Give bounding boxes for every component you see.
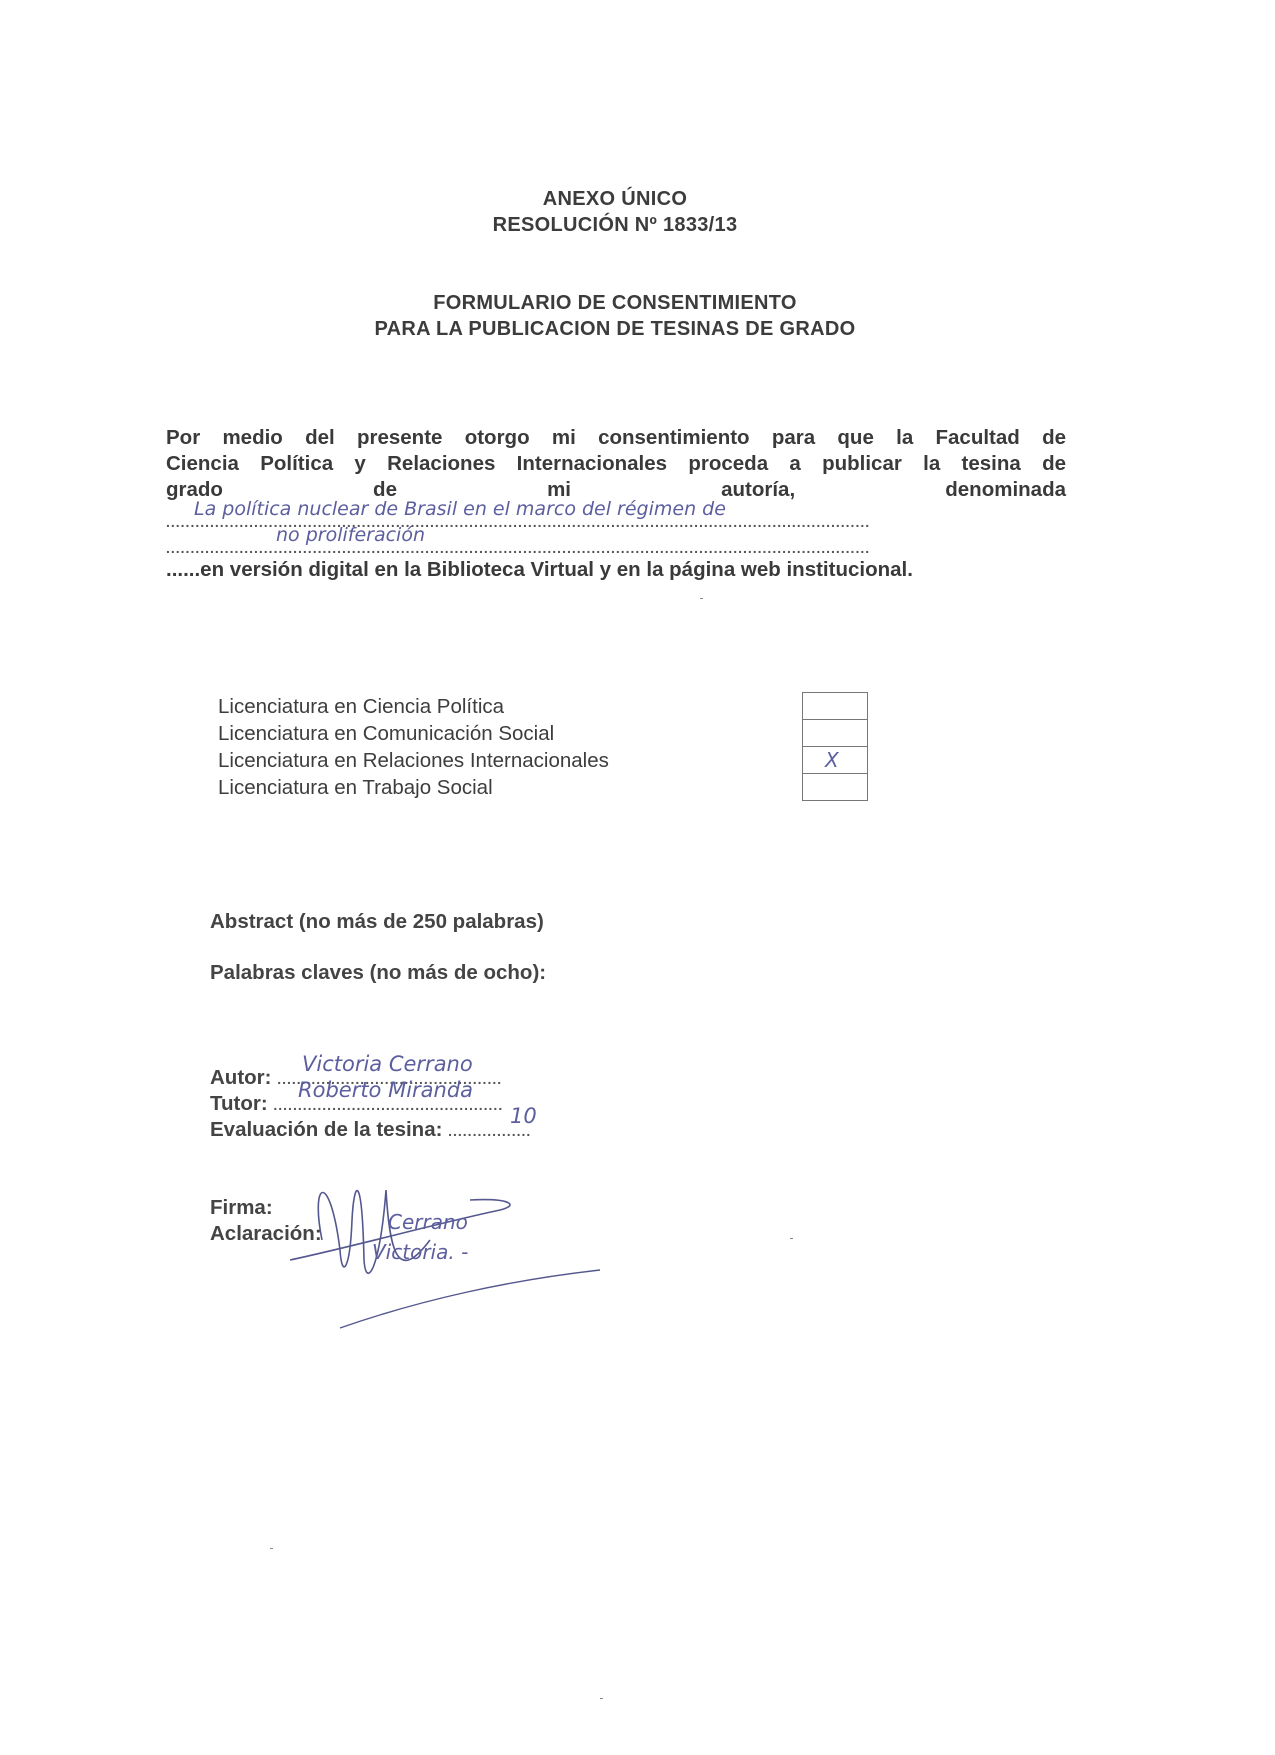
- checkbox-ciencia-politica[interactable]: [803, 693, 867, 720]
- checkbox-trabajo-social[interactable]: [803, 774, 867, 800]
- career-checkbox-column: X: [802, 692, 868, 801]
- consent-closing: ......en versión digital en la Bibliotec…: [166, 558, 1066, 584]
- clarification-value-1: Cerrano: [388, 1210, 468, 1234]
- scan-speck: [600, 1698, 603, 1699]
- annex-title: ANEXO ÚNICO: [0, 188, 1230, 211]
- checkbox-comunicacion-social[interactable]: [803, 720, 867, 747]
- author-value: Victoria Cerrano: [302, 1052, 473, 1076]
- scan-speck: [700, 598, 703, 599]
- scan-speck: [790, 1238, 793, 1239]
- author-label: Autor:: [210, 1066, 271, 1089]
- scan-speck: [270, 1548, 273, 1549]
- consent-text-1: Por medio del presente otorgo mi consent…: [166, 426, 1066, 452]
- word: autoría,: [721, 478, 795, 502]
- tutor-label: Tutor:: [210, 1092, 268, 1115]
- career-ciencia-politica: Licenciatura en Ciencia Política: [218, 693, 609, 720]
- consent-line-1: Por medio del presente otorgo mi consent…: [166, 426, 1066, 452]
- career-comunicacion-social: Licenciatura en Comunicación Social: [218, 720, 609, 747]
- resolution-number: RESOLUCIÓN Nº 1833/13: [0, 214, 1230, 237]
- evaluation-label: Evaluación de la tesina:: [210, 1118, 442, 1141]
- title-field-line-2[interactable]: no proliferación .......................…: [166, 528, 1066, 554]
- clarification-value-2: Victoria. -: [372, 1240, 468, 1264]
- career-list: Licenciatura en Ciencia Política Licenci…: [218, 693, 609, 801]
- checkbox-relaciones-internacionales[interactable]: X: [803, 747, 867, 774]
- check-mark-icon: X: [825, 748, 839, 772]
- tutor-value: Roberto Miranda: [298, 1078, 473, 1102]
- evaluation-field[interactable]: Evaluación de la tesina: ...............…: [210, 1118, 531, 1142]
- consent-line-2: Ciencia Política y Relaciones Internacio…: [166, 452, 1066, 478]
- career-trabajo-social: Licenciatura en Trabajo Social: [218, 774, 609, 801]
- form-subtitle: PARA LA PUBLICACION DE TESINAS DE GRADO: [0, 318, 1230, 341]
- career-relaciones-internacionales: Licenciatura en Relaciones Internacional…: [218, 747, 609, 774]
- abstract-label: Abstract (no más de 250 palabras): [210, 910, 544, 934]
- consent-paragraph: Por medio del presente otorgo mi consent…: [166, 426, 1066, 584]
- signature-label: Firma:: [210, 1196, 273, 1220]
- keywords-label: Palabras claves (no más de ocho):: [210, 961, 546, 985]
- tutor-field[interactable]: Tutor: .................................…: [210, 1092, 503, 1116]
- dotted-line: ........................................…: [166, 540, 1051, 556]
- form-title: FORMULARIO DE CONSENTIMIENTO: [0, 292, 1230, 315]
- consent-text-2: Ciencia Política y Relaciones Internacio…: [166, 452, 1066, 478]
- word: denominada: [945, 478, 1066, 502]
- evaluation-value: 10: [510, 1104, 537, 1128]
